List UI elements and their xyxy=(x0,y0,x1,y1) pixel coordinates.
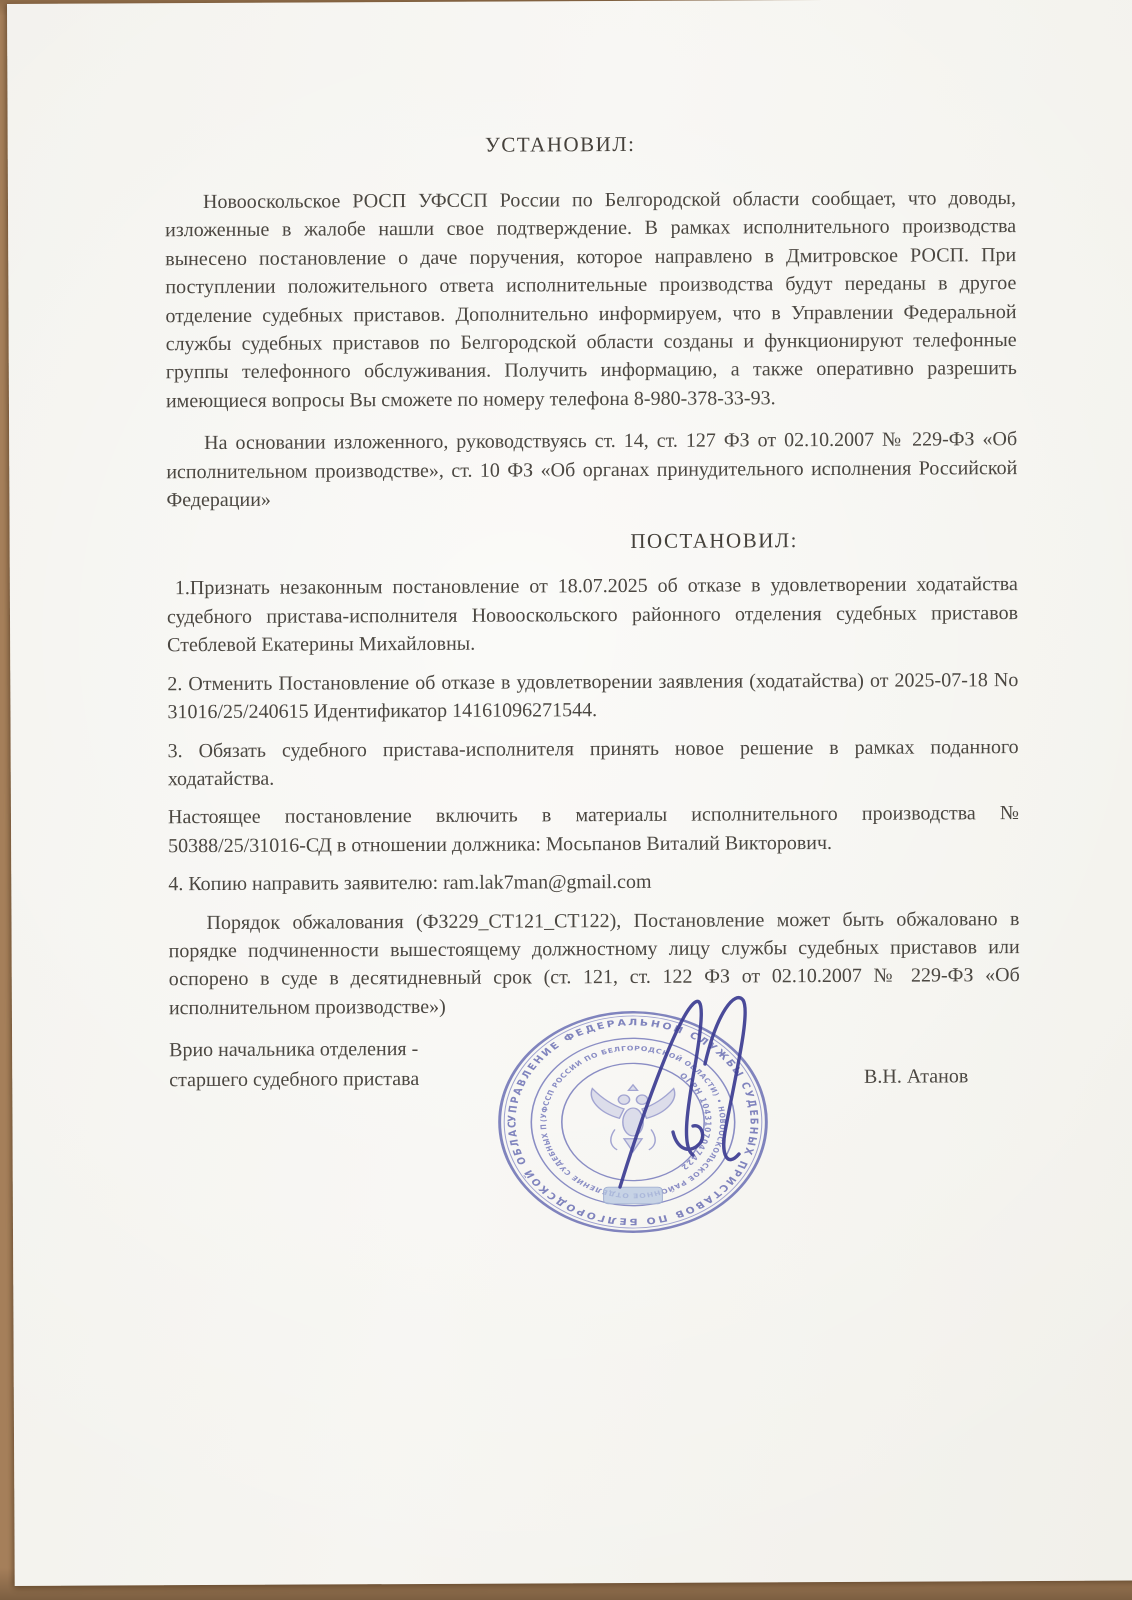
resolution-item-4: 4. Копию направить заявителю: ram.lak7ma… xyxy=(168,866,1019,899)
signatory-position: Врио начальника отделения - старшего суд… xyxy=(169,1034,419,1095)
paragraph-legal-basis: На основании изложенного, руководствуясь… xyxy=(166,425,1017,514)
signatory-position-line2: старшего судебного пристава xyxy=(169,1064,419,1095)
section-heading-ustanovil: УСТАНОВИЛ: xyxy=(135,127,986,161)
resolution-item-3: 3. Обязать судебного пристава-исполнител… xyxy=(168,733,1019,794)
signatory-name: В.Н. Атанов xyxy=(864,1061,968,1092)
resolution-item-1: 1.Признать незаконным постановление от 1… xyxy=(167,571,1018,660)
section-heading-postanovil: ПОСТАНОВИЛ: xyxy=(289,524,1132,558)
signatory-position-line1: Врио начальника отделения - xyxy=(169,1034,419,1065)
scanned-page-background: УСТАНОВИЛ: Новооскольское РОСП УФССП Рос… xyxy=(0,0,1132,1600)
paragraph-findings: Новооскольское РОСП УФССП России по Белг… xyxy=(165,184,1017,415)
document-page: УСТАНОВИЛ: Новооскольское РОСП УФССП Рос… xyxy=(7,0,1132,1586)
resolution-note-include: Настоящее постановление включить в матер… xyxy=(168,799,1019,860)
handwritten-signature xyxy=(555,982,815,1212)
resolution-item-2: 2. Отменить Постановление об отказе в уд… xyxy=(167,666,1018,727)
